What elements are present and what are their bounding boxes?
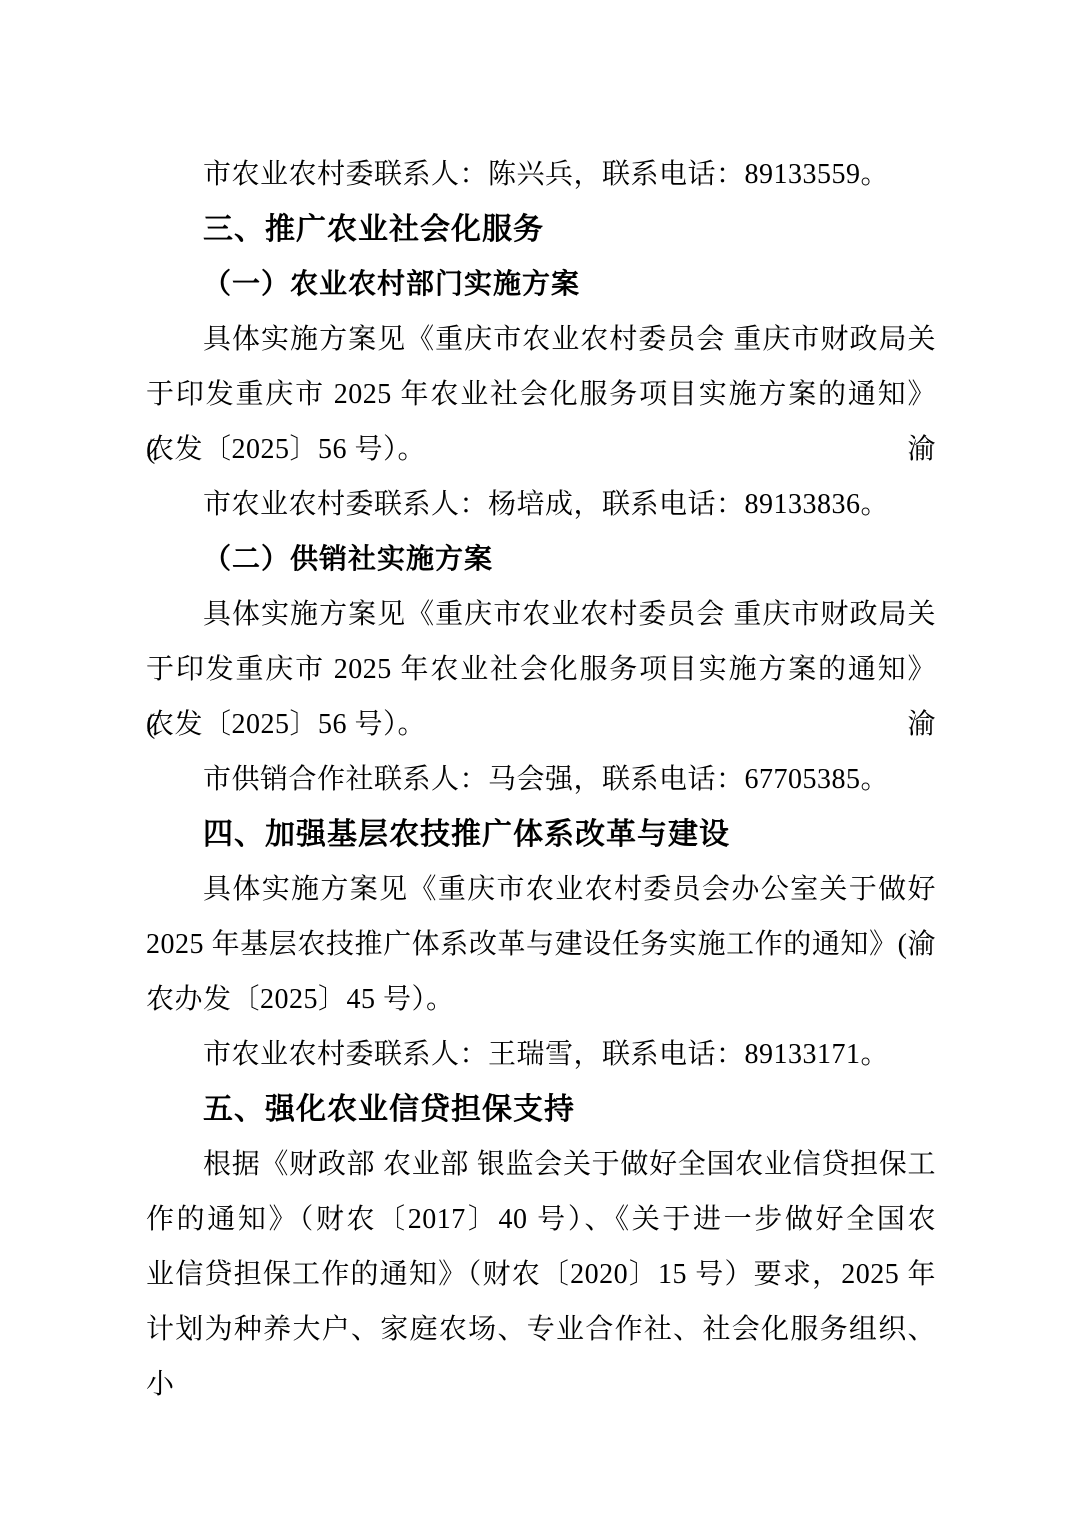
paragraph-line: 根据《财政部 农业部 银监会关于做好全国农业信贷担保工 bbox=[146, 1137, 936, 1192]
contact-line: 市农业农村委联系人：王瑞雪，联系电话：89133171。 bbox=[146, 1027, 936, 1082]
paragraph-line: 作的通知》（财农〔2017〕40 号）、《关于进一步做好全国农 bbox=[146, 1192, 936, 1247]
subsection-heading-3-2: （二）供销社实施方案 bbox=[146, 532, 936, 587]
section-heading-3: 三、推广农业社会化服务 bbox=[146, 202, 936, 257]
paragraph-line: 具体实施方案见《重庆市农业农村委员会办公室关于做好 bbox=[146, 862, 936, 917]
section-heading-5: 五、强化农业信贷担保支持 bbox=[146, 1082, 936, 1137]
paragraph-line: 2025 年基层农技推广体系改革与建设任务实施工作的通知》(渝 bbox=[146, 917, 936, 972]
section-heading-4: 四、加强基层农技推广体系改革与建设 bbox=[146, 807, 936, 862]
paragraph-line: 具体实施方案见《重庆市农业农村委员会 重庆市财政局关 bbox=[146, 312, 936, 367]
paragraph-line: 农办发〔2025〕45 号）。 bbox=[146, 972, 936, 1027]
contact-line: 市供销合作社联系人：马会强，联系电话：67705385。 bbox=[146, 752, 936, 807]
contact-line: 市农业农村委联系人：陈兴兵，联系电话：89133559。 bbox=[146, 147, 936, 202]
paragraph-line: 具体实施方案见《重庆市农业农村委员会 重庆市财政局关 bbox=[146, 587, 936, 642]
contact-line: 市农业农村委联系人：杨培成，联系电话：89133836。 bbox=[146, 477, 936, 532]
document-content: 市农业农村委联系人：陈兴兵，联系电话：89133559。 三、推广农业社会化服务… bbox=[146, 147, 936, 1357]
paragraph-line: 计划为种养大户、家庭农场、专业合作社、社会化服务组织、小 bbox=[146, 1302, 936, 1357]
paragraph-line: 业信贷担保工作的通知》（财农〔2020〕15 号）要求，2025 年 bbox=[146, 1247, 936, 1302]
subsection-heading-3-1: （一）农业农村部门实施方案 bbox=[146, 257, 936, 312]
paragraph-line: 于印发重庆市 2025 年农业社会化服务项目实施方案的通知》(渝 bbox=[146, 642, 936, 697]
document-page: 市农业农村委联系人：陈兴兵，联系电话：89133559。 三、推广农业社会化服务… bbox=[0, 0, 1074, 1520]
paragraph-line: 于印发重庆市 2025 年农业社会化服务项目实施方案的通知》(渝 bbox=[146, 367, 936, 422]
